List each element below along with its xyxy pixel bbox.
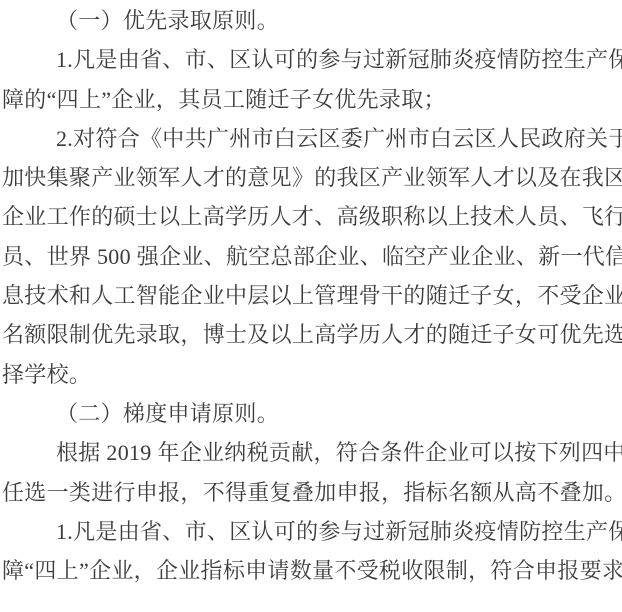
text-line: 员、世界 500 强企业、航空总部企业、临空产业企业、新一代信 [2, 237, 614, 276]
text-line: 2.对符合《中共广州市白云区委广州市白云区人民政府关于 [2, 119, 614, 158]
section-2-heading: （二）梯度申请原则。 [2, 394, 614, 433]
section-1-heading: （一）优先录取原则。 [2, 1, 614, 40]
text-line: 1.凡是由省、市、区认可的参与过新冠肺炎疫情防控生产保 [2, 512, 614, 551]
text-line: 加快集聚产业领军人才的意见》的我区产业领军人才以及在我区 [2, 158, 614, 197]
text-line: 1.凡是由省、市、区认可的参与过新冠肺炎疫情防控生产保 [2, 40, 614, 79]
text-line: 任选一类进行申报，不得重复叠加申报，指标名额从高不叠加。 [2, 473, 614, 512]
text-line: 企业工作的硕士以上高学历人才、高级职称以上技术人员、飞行 [2, 197, 614, 236]
text-line: 障“四上”企业，企业指标申请数量不受税收限制，符合申报要求 [2, 551, 614, 590]
text-line: 障的“四上”企业，其员工随迁子女优先录取； [2, 80, 614, 119]
text-line: 根据 2019 年企业纳税贡献，符合条件企业可以按下列四中 [2, 433, 614, 472]
document-page: （一）优先录取原则。 1.凡是由省、市、区认可的参与过新冠肺炎疫情防控生产保 障… [0, 0, 622, 612]
text-line: 择学校。 [2, 355, 614, 394]
text-line: 息技术和人工智能企业中层以上管理骨干的随迁子女，不受企业 [2, 276, 614, 315]
text-line: 名额限制优先录取，博士及以上高学历人才的随迁子女可优先选 [2, 315, 614, 354]
